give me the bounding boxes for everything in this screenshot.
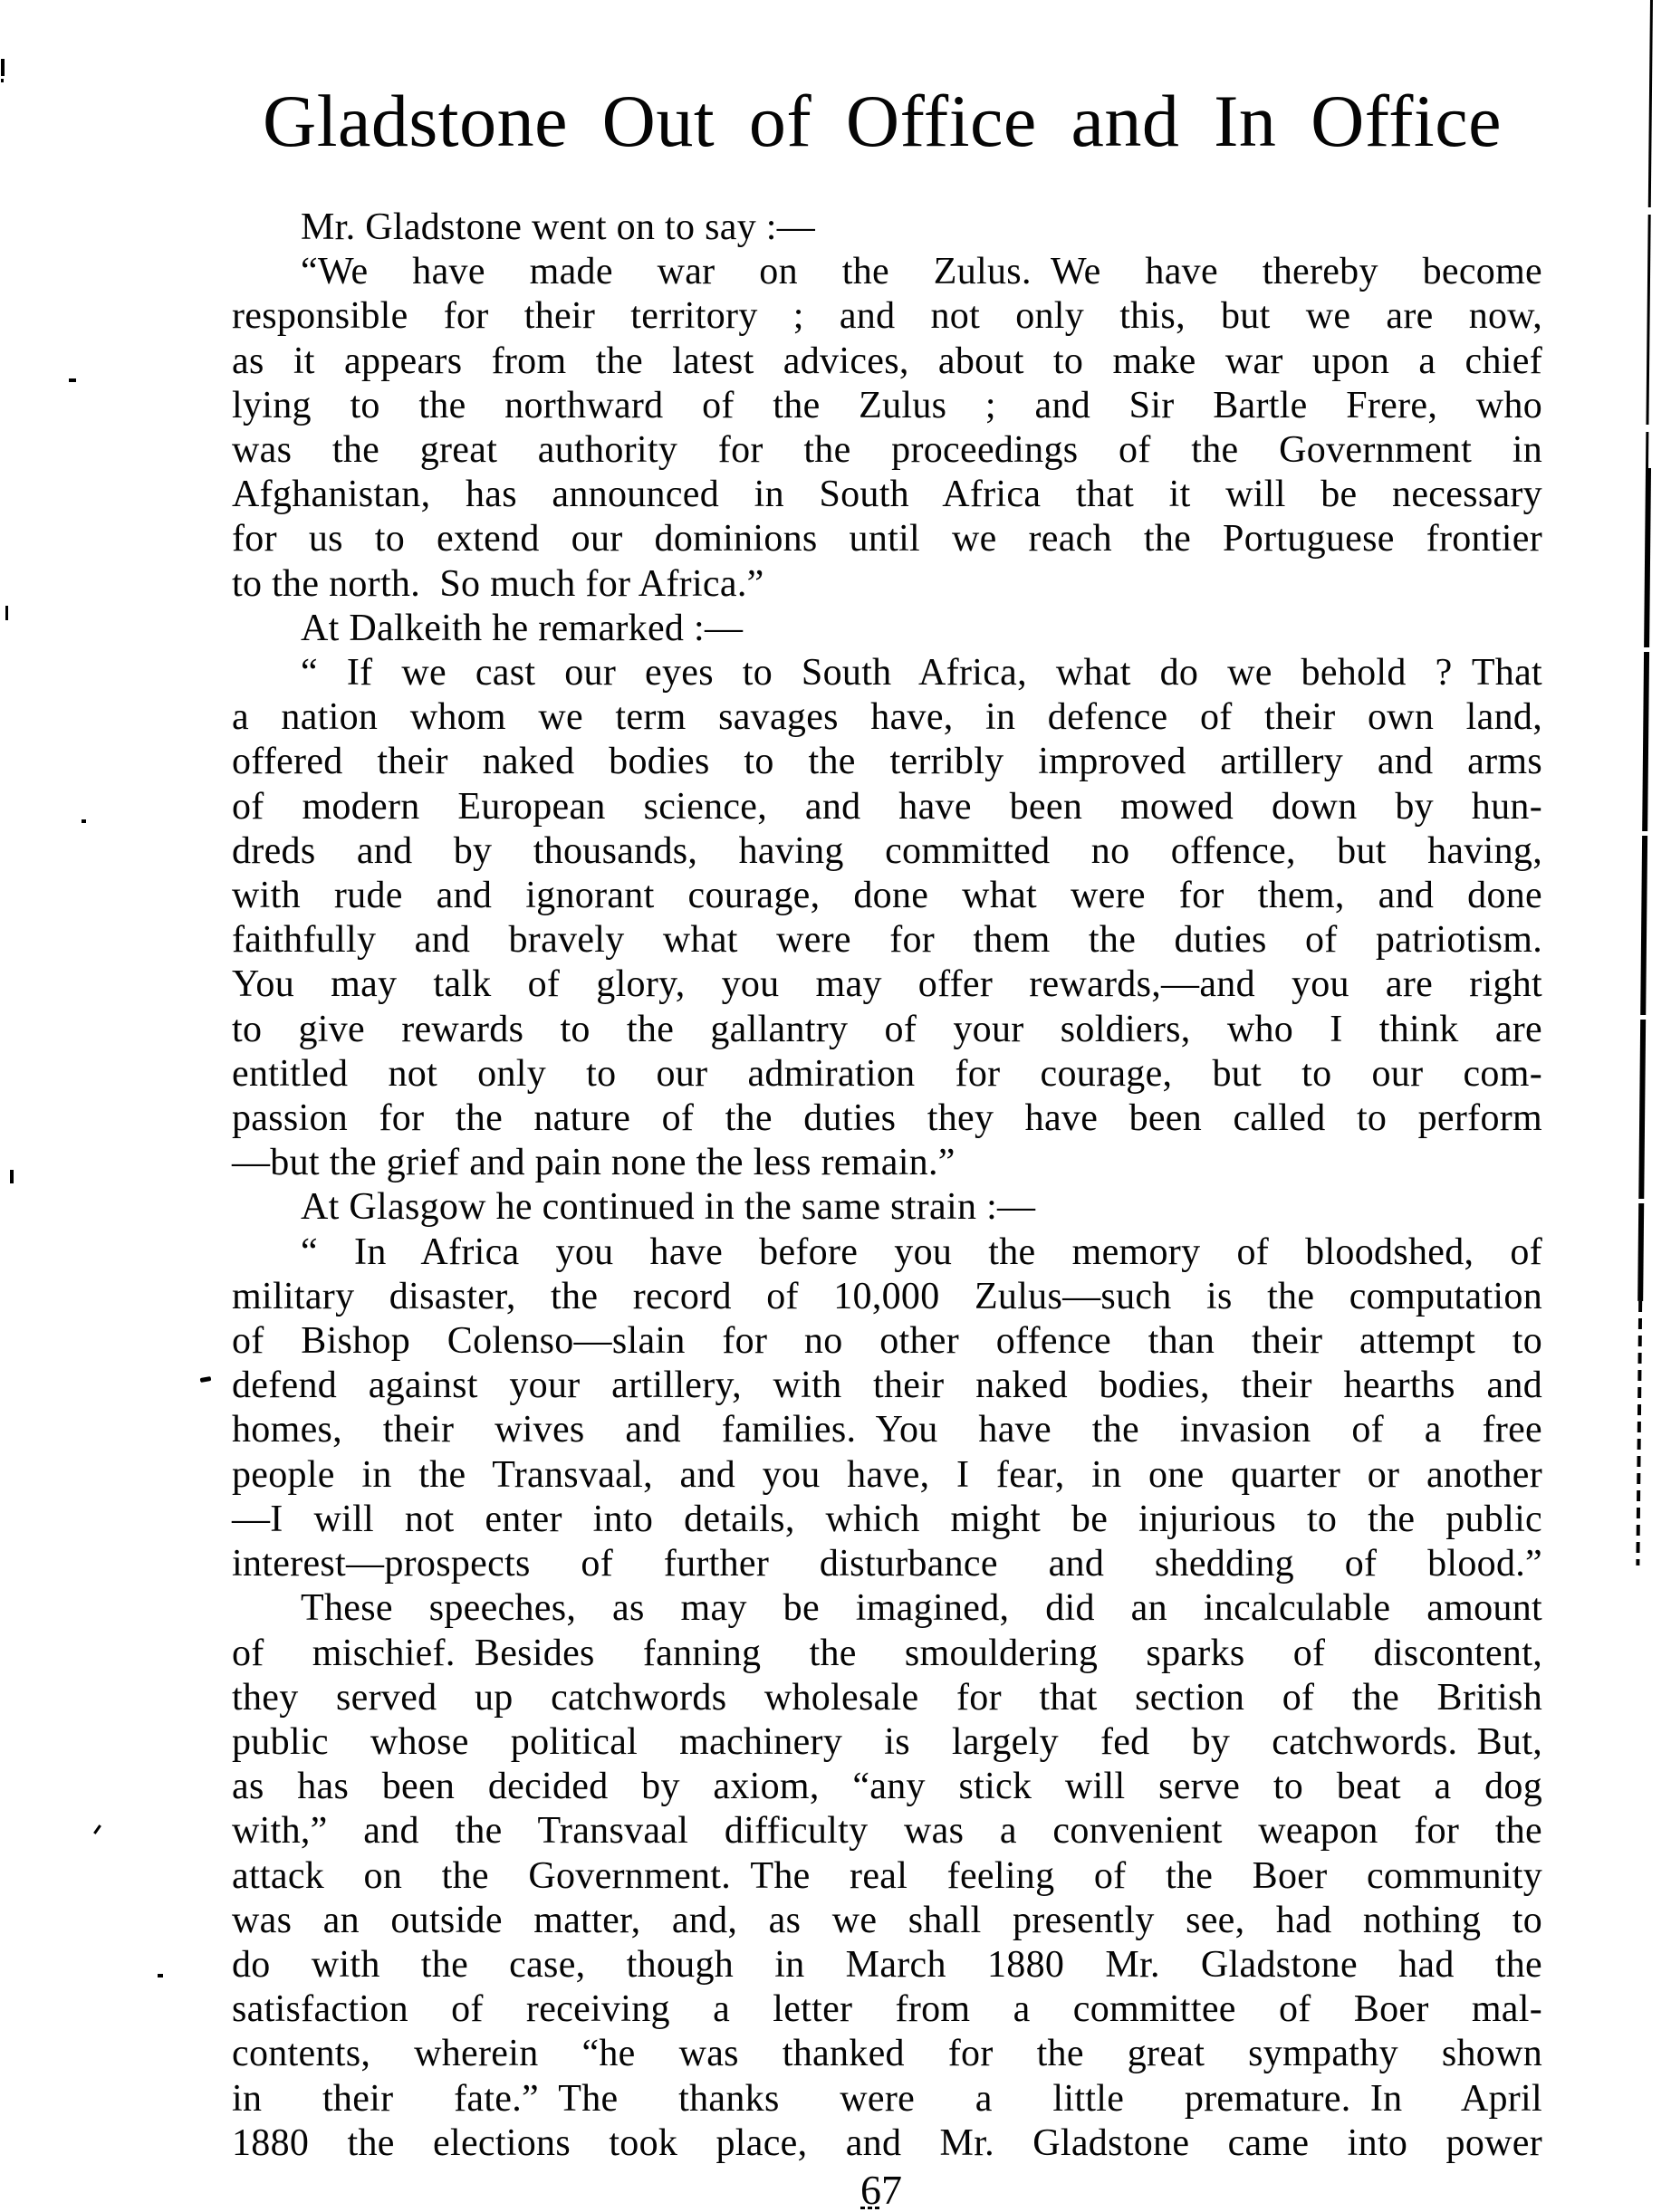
text-line: Mr. Gladstone went on to say :—: [232, 206, 1542, 250]
scan-speck: [1, 79, 4, 82]
text-line: was an outside matter, and, as we shall …: [232, 1899, 1542, 1943]
page-number: 67: [836, 2169, 927, 2211]
text-column: Mr. Gladstone went on to say :—“We have …: [232, 206, 1542, 2166]
text-line: of mischief. Besides fanning the smoulde…: [232, 1632, 1542, 1676]
text-line: was the great authority for the proceedi…: [232, 428, 1542, 473]
right-margin-rule: [1635, 0, 1659, 1571]
text-line: —I will not enter into details, which mi…: [232, 1498, 1542, 1542]
text-line: passion for the nature of the duties the…: [232, 1096, 1542, 1141]
scan-speck: [5, 606, 8, 620]
text-line: “ If we cast our eyes to South Africa, w…: [232, 651, 1542, 695]
text-line: homes, their wives and families. You hav…: [232, 1408, 1542, 1452]
text-line: dreds and by thousands, having committed…: [232, 829, 1542, 874]
text-line: public whose political machinery is larg…: [232, 1720, 1542, 1765]
text-line: These speeches, as may be imagined, did …: [232, 1586, 1542, 1631]
text-line: faithfully and bravely what were for the…: [232, 918, 1542, 962]
text-line: with,” and the Transvaal difficulty was …: [232, 1809, 1542, 1853]
text-line: of Bishop Colenso—slain for no other off…: [232, 1319, 1542, 1364]
right-margin-rule-segment: [1636, 1301, 1642, 1566]
scan-speck: [158, 1974, 163, 1977]
scan-speck: [93, 1824, 101, 1834]
text-line: they served up catchwords wholesale for …: [232, 1676, 1542, 1720]
text-line: defend against your artillery, with thei…: [232, 1364, 1542, 1408]
text-line: military disaster, the record of 10,000 …: [232, 1275, 1542, 1319]
text-line: do with the case, though in March 1880 M…: [232, 1943, 1542, 1987]
scan-speck: [1, 59, 5, 76]
text-line: as has been decided by axiom, “any stick…: [232, 1765, 1542, 1809]
text-line: At Dalkeith he remarked :—: [232, 607, 1542, 651]
text-line: with rude and ignorant courage, done wha…: [232, 874, 1542, 918]
text-line: “ In Africa you have before you the memo…: [232, 1230, 1542, 1275]
text-line: responsible for their territory ; and no…: [232, 294, 1542, 339]
text-line: a nation whom we term savages have, in d…: [232, 695, 1542, 740]
text-line: satisfaction of receiving a letter from …: [232, 1987, 1542, 2032]
scan-speck: [82, 819, 86, 823]
text-line: —but the grief and pain none the less re…: [232, 1141, 1542, 1185]
text-line: entitled not only to our admiration for …: [232, 1052, 1542, 1096]
text-line: of modern European science, and have bee…: [232, 785, 1542, 829]
book-page: Gladstone Out of Office and In Office Mr…: [0, 0, 1671, 2212]
text-line: to give rewards to the gallantry of your…: [232, 1008, 1542, 1052]
text-line: contents, wherein “he was thanked for th…: [232, 2032, 1542, 2076]
text-line: to the north. So much for Africa.”: [232, 562, 1542, 607]
scan-speck: [69, 378, 76, 382]
text-line: 1880 the elections took place, and Mr. G…: [232, 2121, 1542, 2166]
text-line: You may talk of glory, you may offer rew…: [232, 962, 1542, 1007]
right-margin-rule-segment: [1646, 0, 1653, 468]
right-margin-rule-segment: [1637, 468, 1651, 1301]
text-line: Afghanistan, has announced in South Afri…: [232, 473, 1542, 517]
text-line: attack on the Government. The real feeli…: [232, 1854, 1542, 1899]
text-line: At Glasgow he continued in the same stra…: [232, 1185, 1542, 1230]
text-line: in their fate.” The thanks were a little…: [232, 2077, 1542, 2121]
page-title: Gladstone Out of Office and In Office: [263, 84, 1502, 158]
text-line: interest—prospects of further disturbanc…: [232, 1542, 1542, 1586]
text-line: as it appears from the latest advices, a…: [232, 340, 1542, 384]
scan-speck: [10, 1170, 14, 1183]
text-line: offered their naked bodies to the terrib…: [232, 740, 1542, 784]
text-line: people in the Transvaal, and you have, I…: [232, 1453, 1542, 1498]
text-line: lying to the northward of the Zulus ; an…: [232, 384, 1542, 428]
page-number-underline: [860, 2207, 882, 2209]
scan-speck: [200, 1376, 212, 1383]
text-line: “We have made war on the Zulus. We have …: [232, 250, 1542, 294]
text-line: for us to extend our dominions until we …: [232, 517, 1542, 561]
